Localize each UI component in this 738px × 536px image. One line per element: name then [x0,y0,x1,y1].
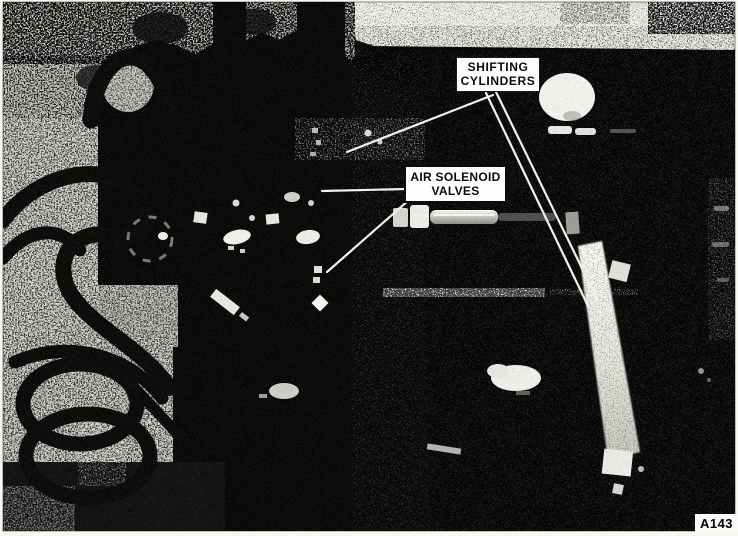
callout-air-solenoid-valves: AIR SOLENOID VALVES [404,165,507,203]
callout-air-line2: VALVES [406,184,505,198]
callout-air-line1: AIR SOLENOID [406,170,505,184]
callout-shifting-cylinders: SHIFTING CYLINDERS [456,57,540,92]
scan-grain-overlay [3,2,735,531]
scanned-manual-figure: SHIFTING CYLINDERS AIR SOLENOID VALVES A… [0,0,738,536]
callout-shifting-line2: CYLINDERS [457,74,539,88]
equipment-photo [0,0,738,536]
callout-shifting-line1: SHIFTING [457,60,539,74]
figure-number-tag: A143 [695,514,738,533]
